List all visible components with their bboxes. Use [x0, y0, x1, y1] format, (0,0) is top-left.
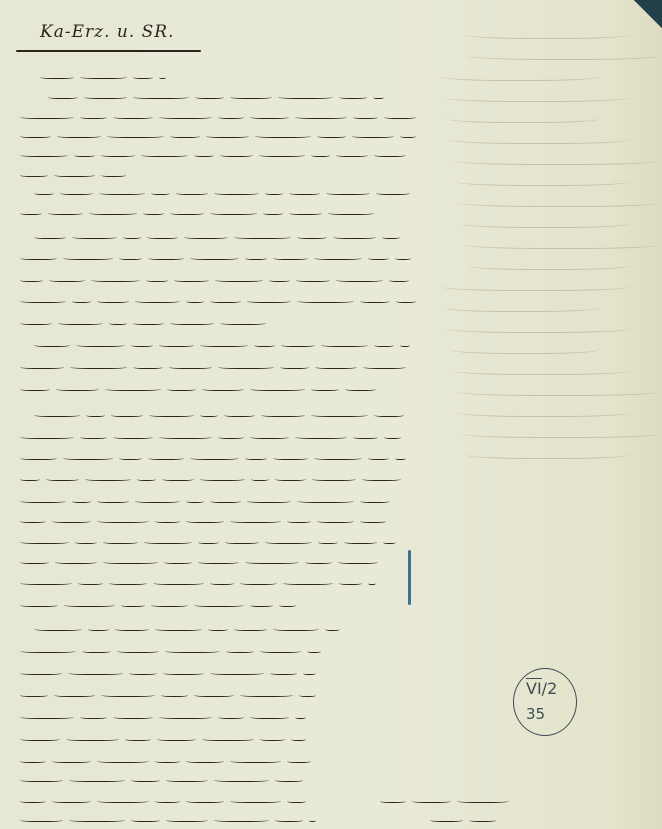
- handwritten-line: [20, 296, 420, 308]
- handwritten-line: [20, 796, 310, 808]
- handwritten-line: [20, 578, 380, 590]
- handwritten-line: [20, 690, 320, 702]
- page-corner-background: [634, 0, 662, 28]
- archive-stamp: VI/2 35: [513, 668, 577, 736]
- handwritten-line: [34, 232, 404, 244]
- handwritten-line: [34, 188, 414, 200]
- handwritten-line: [20, 150, 410, 162]
- handwritten-line: [430, 815, 500, 827]
- handwritten-line: [20, 815, 320, 827]
- handwritten-line: [34, 410, 409, 422]
- handwritten-line: [20, 453, 410, 465]
- handwritten-line: [20, 600, 300, 612]
- handwritten-line: [20, 646, 325, 658]
- handwritten-line: [20, 253, 415, 265]
- handwritten-line: [20, 362, 410, 374]
- handwritten-line: [20, 112, 420, 124]
- title-underline: [16, 50, 201, 52]
- blue-pencil-mark: [408, 550, 411, 605]
- handwritten-line: [20, 557, 385, 569]
- stamp-slash-number: 2: [547, 679, 557, 698]
- manuscript-page: Ka-Erz. u. SR. VI/2 35: [0, 0, 662, 829]
- handwritten-line: [48, 92, 388, 104]
- handwritten-line: [20, 170, 130, 182]
- handwritten-line: [20, 668, 320, 680]
- handwritten-line: [20, 537, 400, 549]
- handwritten-line: [20, 756, 320, 768]
- stamp-numerator: VI: [526, 679, 542, 698]
- handwritten-line: [20, 131, 420, 143]
- handwritten-line: [20, 432, 405, 444]
- handwritten-line: [20, 384, 380, 396]
- handwritten-line: [20, 275, 420, 287]
- handwritten-line: [20, 318, 270, 330]
- handwritten-line: [40, 72, 170, 84]
- handwritten-line: [34, 624, 344, 636]
- handwritten-line: [20, 712, 310, 724]
- handwritten-line: [20, 775, 310, 787]
- handwritten-line: [34, 340, 414, 352]
- stamp-denominator: 35: [526, 705, 545, 723]
- handwritten-line: [20, 496, 400, 508]
- handwritten-line: [380, 796, 520, 808]
- handwritten-line: [20, 516, 390, 528]
- handwritten-line: [20, 734, 310, 746]
- handwritten-line: [20, 474, 405, 486]
- handwritten-line: [20, 208, 380, 220]
- page-title: Ka-Erz. u. SR.: [40, 22, 175, 42]
